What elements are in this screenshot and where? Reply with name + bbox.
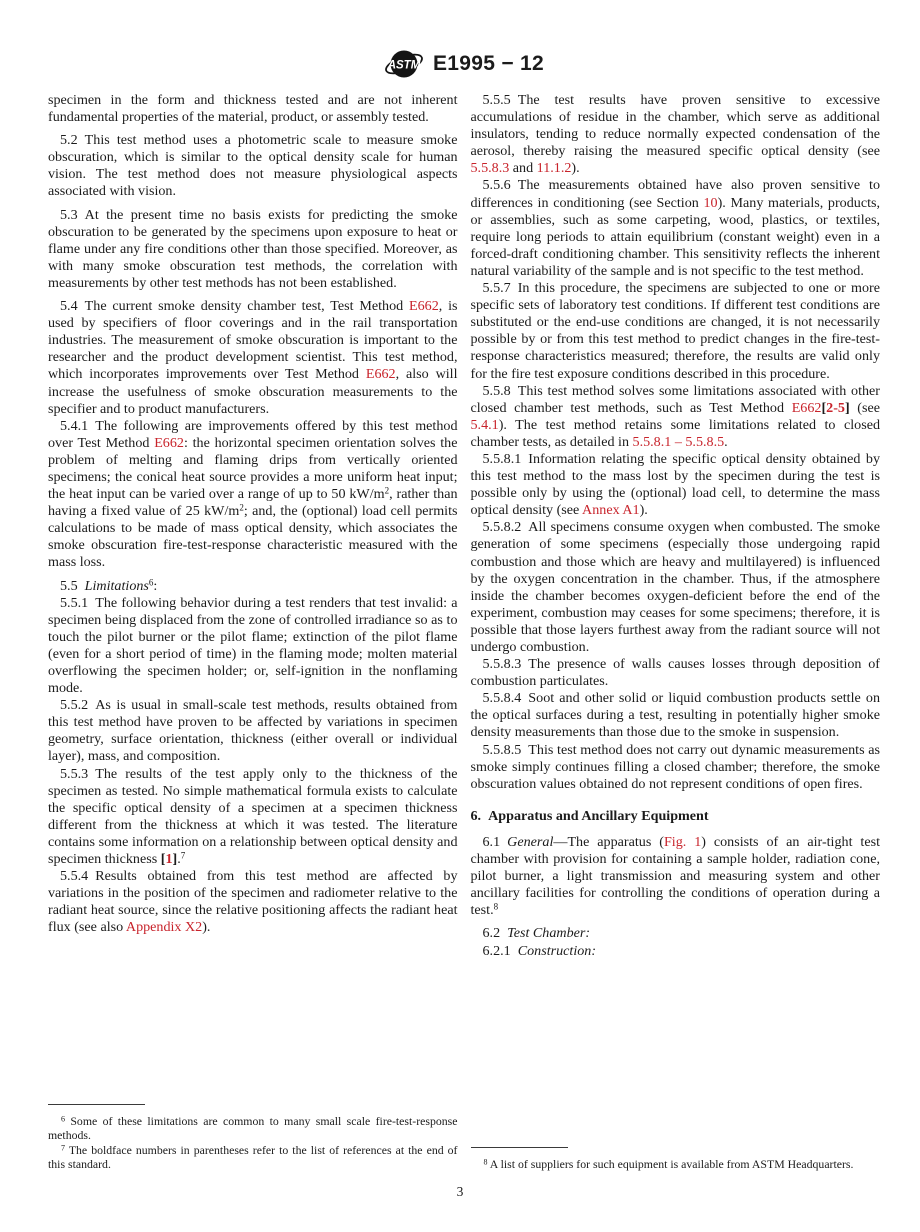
body-paragraph: specimen in the form and thickness teste…: [48, 92, 458, 126]
footnote-divider: [48, 1104, 145, 1105]
text-run: 6.1: [483, 834, 508, 850]
superscript: 7: [181, 851, 186, 861]
text-run: General: [507, 834, 553, 850]
ref-link[interactable]: 11.1.2: [537, 160, 572, 176]
left-column-text: specimen in the form and thickness teste…: [48, 92, 458, 937]
two-column-body: specimen in the form and thickness teste…: [48, 92, 880, 1172]
body-paragraph: 5.5.8.2 All specimens consume oxygen whe…: [471, 519, 881, 656]
text-run: Construction:: [518, 943, 596, 959]
text-run: 5.2 This test method uses a photometric …: [48, 132, 458, 199]
text-run: 6. Apparatus and Ancillary Equipment: [471, 808, 709, 824]
section-heading: 6. Apparatus and Ancillary Equipment: [471, 808, 881, 825]
text-run: 5.5.8.1 Information relating the specifi…: [471, 451, 881, 518]
body-paragraph: 5.4.1 The following are improvements off…: [48, 418, 458, 572]
svg-text:ASTM: ASTM: [387, 60, 421, 72]
document-page: ASTM E1995 − 12 specimen in the form and…: [0, 0, 920, 1172]
text-run: 5.5.5 The test results have proven sensi…: [471, 92, 881, 159]
text-run: ).: [640, 502, 648, 518]
text-run: Limitations: [85, 578, 149, 594]
left-footnote-block: 6 Some of these limitations are common t…: [48, 1096, 458, 1172]
left-column: specimen in the form and thickness teste…: [48, 92, 458, 1172]
superscript: 8: [494, 902, 499, 912]
body-paragraph: 5.5.8 This test method solves some limit…: [471, 383, 881, 451]
text-run: 6.2: [483, 925, 508, 941]
ref-link[interactable]: Annex A1: [582, 502, 640, 518]
text-run: A list of suppliers for such equipment i…: [488, 1157, 854, 1171]
ref-link[interactable]: E662: [154, 435, 184, 451]
text-run: 5.5: [60, 578, 85, 594]
body-paragraph: 5.5.8.4 Soot and other solid or liquid c…: [471, 690, 881, 741]
body-paragraph: 5.5.8.1 Information relating the specifi…: [471, 451, 881, 519]
text-run: 5.5.1 The following behavior during a te…: [48, 595, 458, 696]
body-paragraph: 6.2 Test Chamber:: [471, 925, 881, 942]
text-run: Test Chamber:: [507, 925, 590, 941]
footnote: 6 Some of these limitations are common t…: [48, 1114, 458, 1143]
footnote: 7 The boldface numbers in parentheses re…: [48, 1143, 458, 1172]
ref-link[interactable]: 5.4.1: [471, 417, 499, 433]
text-run: 5.5.8.4 Soot and other solid or liquid c…: [471, 690, 881, 740]
text-run: 5.4 The current smoke density chamber te…: [60, 298, 409, 314]
astm-logo-icon: ASTM: [384, 45, 424, 83]
body-paragraph: 5.5.8.3 The presence of walls causes los…: [471, 656, 881, 690]
text-run: 5.5.8.2 All specimens consume oxygen whe…: [471, 519, 881, 655]
right-footnotes: 8 A list of suppliers for such equipment…: [471, 1157, 881, 1172]
page-header: ASTM E1995 − 12: [48, 42, 880, 86]
page-number: 3: [0, 1184, 920, 1200]
text-run: The boldface numbers in parentheses refe…: [48, 1143, 458, 1172]
body-paragraph: 6.2.1 Construction:: [471, 943, 881, 960]
right-column-text: 5.5.5 The test results have proven sensi…: [471, 92, 881, 960]
body-paragraph: 5.2 This test method uses a photometric …: [48, 132, 458, 200]
text-run: and: [509, 160, 536, 176]
body-paragraph: 6.1 General—The apparatus (Fig. 1) consi…: [471, 834, 881, 919]
body-paragraph: 5.5.7 In this procedure, the specimens a…: [471, 280, 881, 383]
text-run: .: [724, 434, 728, 450]
text-run: 5.5.8.3 The presence of walls causes los…: [471, 656, 881, 689]
footnote-divider: [471, 1147, 568, 1148]
text-run: 5.5.2 As is usual in small-scale test me…: [48, 697, 458, 764]
body-paragraph: 5.5.1 The following behavior during a te…: [48, 595, 458, 698]
body-paragraph: 5.5.5 The test results have proven sensi…: [471, 92, 881, 177]
text-run: 5.5.7 In this procedure, the specimens a…: [471, 280, 881, 381]
ref-link[interactable]: Appendix X2: [126, 919, 202, 935]
body-paragraph: 5.4 The current smoke density chamber te…: [48, 298, 458, 418]
body-paragraph: 5.5.6 The measurements obtained have als…: [471, 177, 881, 280]
text-run: :: [153, 578, 157, 594]
ref-link[interactable]: 10: [703, 195, 717, 211]
ref-link[interactable]: E662: [366, 366, 396, 382]
body-paragraph: 5.5.2 As is usual in small-scale test me…: [48, 697, 458, 765]
text-run: 5.3 At the present time no basis exists …: [48, 207, 458, 291]
body-paragraph: 5.3 At the present time no basis exists …: [48, 207, 458, 292]
right-footnote-block: 8 A list of suppliers for such equipment…: [471, 1139, 881, 1172]
ref-link[interactable]: 2-5: [826, 400, 845, 416]
text-run: ).: [571, 160, 579, 176]
text-run: 6.2.1: [483, 943, 518, 959]
text-run: specimen in the form and thickness teste…: [48, 92, 458, 125]
text-run: Some of these limitations are common to …: [48, 1114, 458, 1143]
text-run: ).: [202, 919, 210, 935]
text-run: (see: [850, 400, 880, 416]
body-paragraph: 5.5.3 The results of the test apply only…: [48, 766, 458, 869]
text-run: —The apparatus (: [553, 834, 664, 850]
ref-link[interactable]: Fig. 1: [664, 834, 701, 850]
standard-designation: E1995 − 12: [433, 52, 544, 76]
body-paragraph: 5.5.8.5 This test method does not carry …: [471, 742, 881, 793]
ref-link[interactable]: 5.5.8.1 – 5.5.8.5: [633, 434, 725, 450]
ref-link[interactable]: E662: [792, 400, 822, 416]
left-footnotes: 6 Some of these limitations are common t…: [48, 1114, 458, 1172]
body-paragraph: 5.5 Limitations6:: [48, 578, 458, 595]
text-run: 5.5.8.5 This test method does not carry …: [471, 742, 881, 792]
text-run: 5.5.4 Results obtained from this test me…: [48, 868, 458, 935]
text-run: 5.5.3 The results of the test apply only…: [48, 766, 458, 867]
body-paragraph: 5.5.4 Results obtained from this test me…: [48, 868, 458, 936]
footnote: 8 A list of suppliers for such equipment…: [471, 1157, 881, 1172]
right-column: 5.5.5 The test results have proven sensi…: [471, 92, 881, 1172]
ref-link[interactable]: E662: [409, 298, 439, 314]
ref-link[interactable]: 5.5.8.3: [471, 160, 510, 176]
